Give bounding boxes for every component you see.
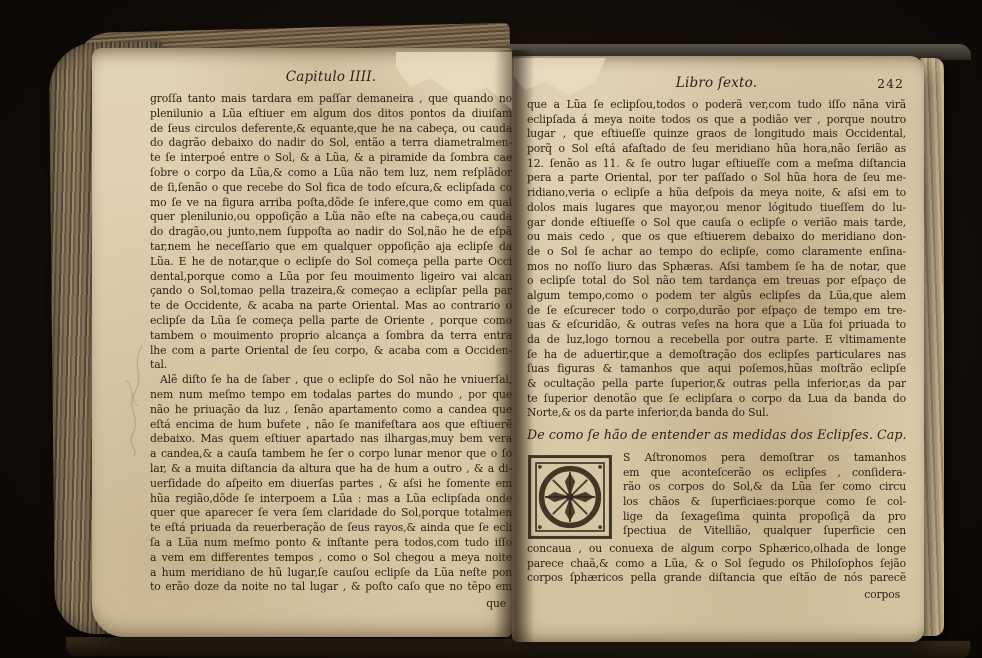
text-line: te eſtá priuada da reuerberação de ſeus …: [150, 521, 512, 536]
text-line: groſſa tanto mais tardara em paſſar dema…: [150, 92, 512, 107]
photo-background: Capitulo IIII. groſſa tanto mais tardara…: [0, 0, 982, 658]
text-line: lige da ſexageſima quinta propoſiçã da p…: [623, 510, 906, 525]
text-line: lugar , que eſtiueſſe quinze graos de lo…: [527, 127, 906, 142]
text-line: eclipſada á meya noite todos os que a po…: [527, 113, 906, 128]
text-line: de ſi,ſenão o que recebe do Sol fica de …: [150, 181, 512, 196]
text-line: algum tempo,como o podem ter algũs eclip…: [527, 289, 906, 304]
text-line: quer plenilunio,ou oppoſição a Lũa não e…: [150, 210, 512, 225]
left-running-header: Capitulo IIII.: [150, 70, 512, 87]
text-line: ſa a Lũa num meſmo ponto & inſtante pera…: [150, 536, 512, 551]
text-line: parece chaã,& como a Lũa, & o Sol ſegudo…: [527, 557, 906, 572]
text-line: çando o Sol,tomao pella trazeira,& começ…: [150, 284, 512, 299]
text-line: hũa região,dõde ſe interpoem a Lũa : mas…: [150, 492, 512, 507]
text-line: uerſidade do aſpeito em diuerſas partes …: [150, 477, 512, 492]
text-line: a vem em differentes tempos , como o Sol…: [150, 551, 512, 566]
text-line: concaua , ou conuexa de algum corpo Sphæ…: [527, 542, 906, 557]
text-line: rão os corpos do Sol,& da Lũa ſer como c…: [623, 480, 906, 495]
page-number: 242: [877, 77, 904, 92]
text-line: debaixo. Mas quem eſtiuer apartado nas i…: [150, 432, 512, 447]
text-line: mos no noſſo liuro das Sphæras. Aſsi tam…: [527, 260, 906, 275]
chapter-opening-paragraph: S Aſtronomos pera demoſtrar os tamanhos …: [527, 451, 906, 603]
text-line: tar,nem he neceſſario que em qualquer op…: [150, 240, 512, 255]
text-line: plenilunio a Lũa eſtiuer em algum dos di…: [150, 107, 512, 122]
text-line: a hum meridiano de hũ lugar,ſe cauſou ec…: [150, 566, 512, 581]
left-page-text-column: Capitulo IIII. groſſa tanto mais tardara…: [150, 70, 512, 612]
text-line: Alẽ diſto ſe ha de ſaber , que o eclipſe…: [150, 373, 512, 388]
text-line: do dagrão debaixo do nadir do Sol, então…: [150, 136, 512, 151]
text-line: te ſuperior denotão que ſe eclipſara o c…: [527, 392, 906, 407]
ornamental-initial-icon: [527, 454, 613, 540]
chapter-heading: De como ſe hão de entender as medidas do…: [527, 428, 906, 443]
text-line: de ſe eſcurecer todo o corpo,durão por e…: [527, 304, 906, 319]
text-line: uas & eſcuridão, & outras veſes na hora …: [527, 318, 906, 333]
text-line: lar, & a muita diſtancia da altura que h…: [150, 462, 512, 477]
text-line: quer que aparecer ſe vera ſem claridade …: [150, 506, 512, 521]
text-line: corpos ſphæricos pella grande diſtancia …: [527, 571, 906, 586]
text-line: ridiano,veria o eclipſe a hũa deſpois da…: [527, 186, 906, 201]
text-line: ſuas figuras & tamanhos que aqui poſemos…: [527, 362, 906, 377]
text-line: o eclipſe total do Sol não tem tardança …: [527, 274, 906, 289]
text-line: mo ſe ve na figura arriba poſta,dõde ſe …: [150, 196, 512, 211]
text-line: 12. ſenão as 11. & ſe outro lugar eſtiue…: [527, 157, 906, 172]
text-line: eclipſe da Lũa ſe começa pella parte de …: [150, 314, 512, 329]
text-line: ſpectiua de Vitellião, qualquer ſuperfic…: [623, 524, 906, 539]
catchword: corpos: [527, 588, 906, 603]
text-line: lhe com a parte Oriental de ſeu corpo, &…: [150, 344, 512, 359]
text-line: pera a parte Oriental, por ter paſſado o…: [527, 171, 906, 186]
text-line: porq̃ o Sol eſtá afaſtado de ſeu meridia…: [527, 142, 906, 157]
text-line: S Aſtronomos pera demoſtrar os tamanhos: [623, 451, 906, 466]
text-line: não he priuação da luz , ſenão apartamen…: [150, 403, 512, 418]
text-line: gar donde eſtiueſſe o Sol que cauſa o ec…: [527, 216, 906, 231]
right-header-title: Libro ſexto.: [676, 75, 757, 91]
right-running-header: Libro ſexto. 242: [527, 76, 906, 93]
text-line: ſobre o corpo da Lũa,& como a Lũa não te…: [150, 166, 512, 181]
text-line: em que aconteſcerão os eclipſes , conſid…: [623, 466, 906, 481]
text-line: to erão doze da noite no tal lugar , & p…: [150, 580, 512, 595]
text-line: ſe ha de aduertir,que a demoſtração dos …: [527, 348, 906, 363]
catchword: que: [150, 597, 512, 612]
text-line: do dragão,ou junto,nem ſuppoſta ao nadir…: [150, 225, 512, 240]
text-line: de o Sol ſe achar ao tempo do eclipſe, c…: [527, 245, 906, 260]
text-line: ou mais cedo , que os que eſtiuerem deba…: [527, 230, 906, 245]
text-line: eſtá encima de hum bufete , não ſe manif…: [150, 418, 512, 433]
text-line: tal.: [150, 358, 512, 373]
text-line: a candea,& a cauſa tambem he ſer o corpo…: [150, 447, 512, 462]
text-line: Lũa. E he de notar,que o eclipſe do Sol …: [150, 255, 512, 270]
text-line: dolos mais lugares que mayor,ou menor ló…: [527, 201, 906, 216]
right-page-text-column: Libro ſexto. 242 que a Lũa ſe eclipſou,t…: [527, 76, 906, 603]
text-line: & ocultação pella parte ſuperior,& outra…: [527, 377, 906, 392]
text-line: dental,porque como a Lũa por ſeu mouimen…: [150, 270, 512, 285]
text-line: tambem o mouimento proprio alcança a ſom…: [150, 329, 512, 344]
text-line: te ſe interpoé entre o Sol, & a Lũa, & a…: [150, 151, 512, 166]
text-line: da de luz,logo tornou a recebella por ou…: [527, 333, 906, 348]
text-line: nem num meſmo tempo em todalas partes do…: [150, 388, 512, 403]
text-line: te de Occidente, & acaba na parte Orient…: [150, 299, 512, 314]
text-line: que a Lũa ſe eclipſou,todos o poderã ver…: [527, 98, 906, 113]
text-line: de ſeus circulos deferente,& equante,que…: [150, 122, 512, 137]
text-line: los chãos & ſuperficiaes:porque como ſe …: [623, 495, 906, 510]
text-line: Norte,& os da parte inferior,da banda do…: [527, 406, 906, 421]
